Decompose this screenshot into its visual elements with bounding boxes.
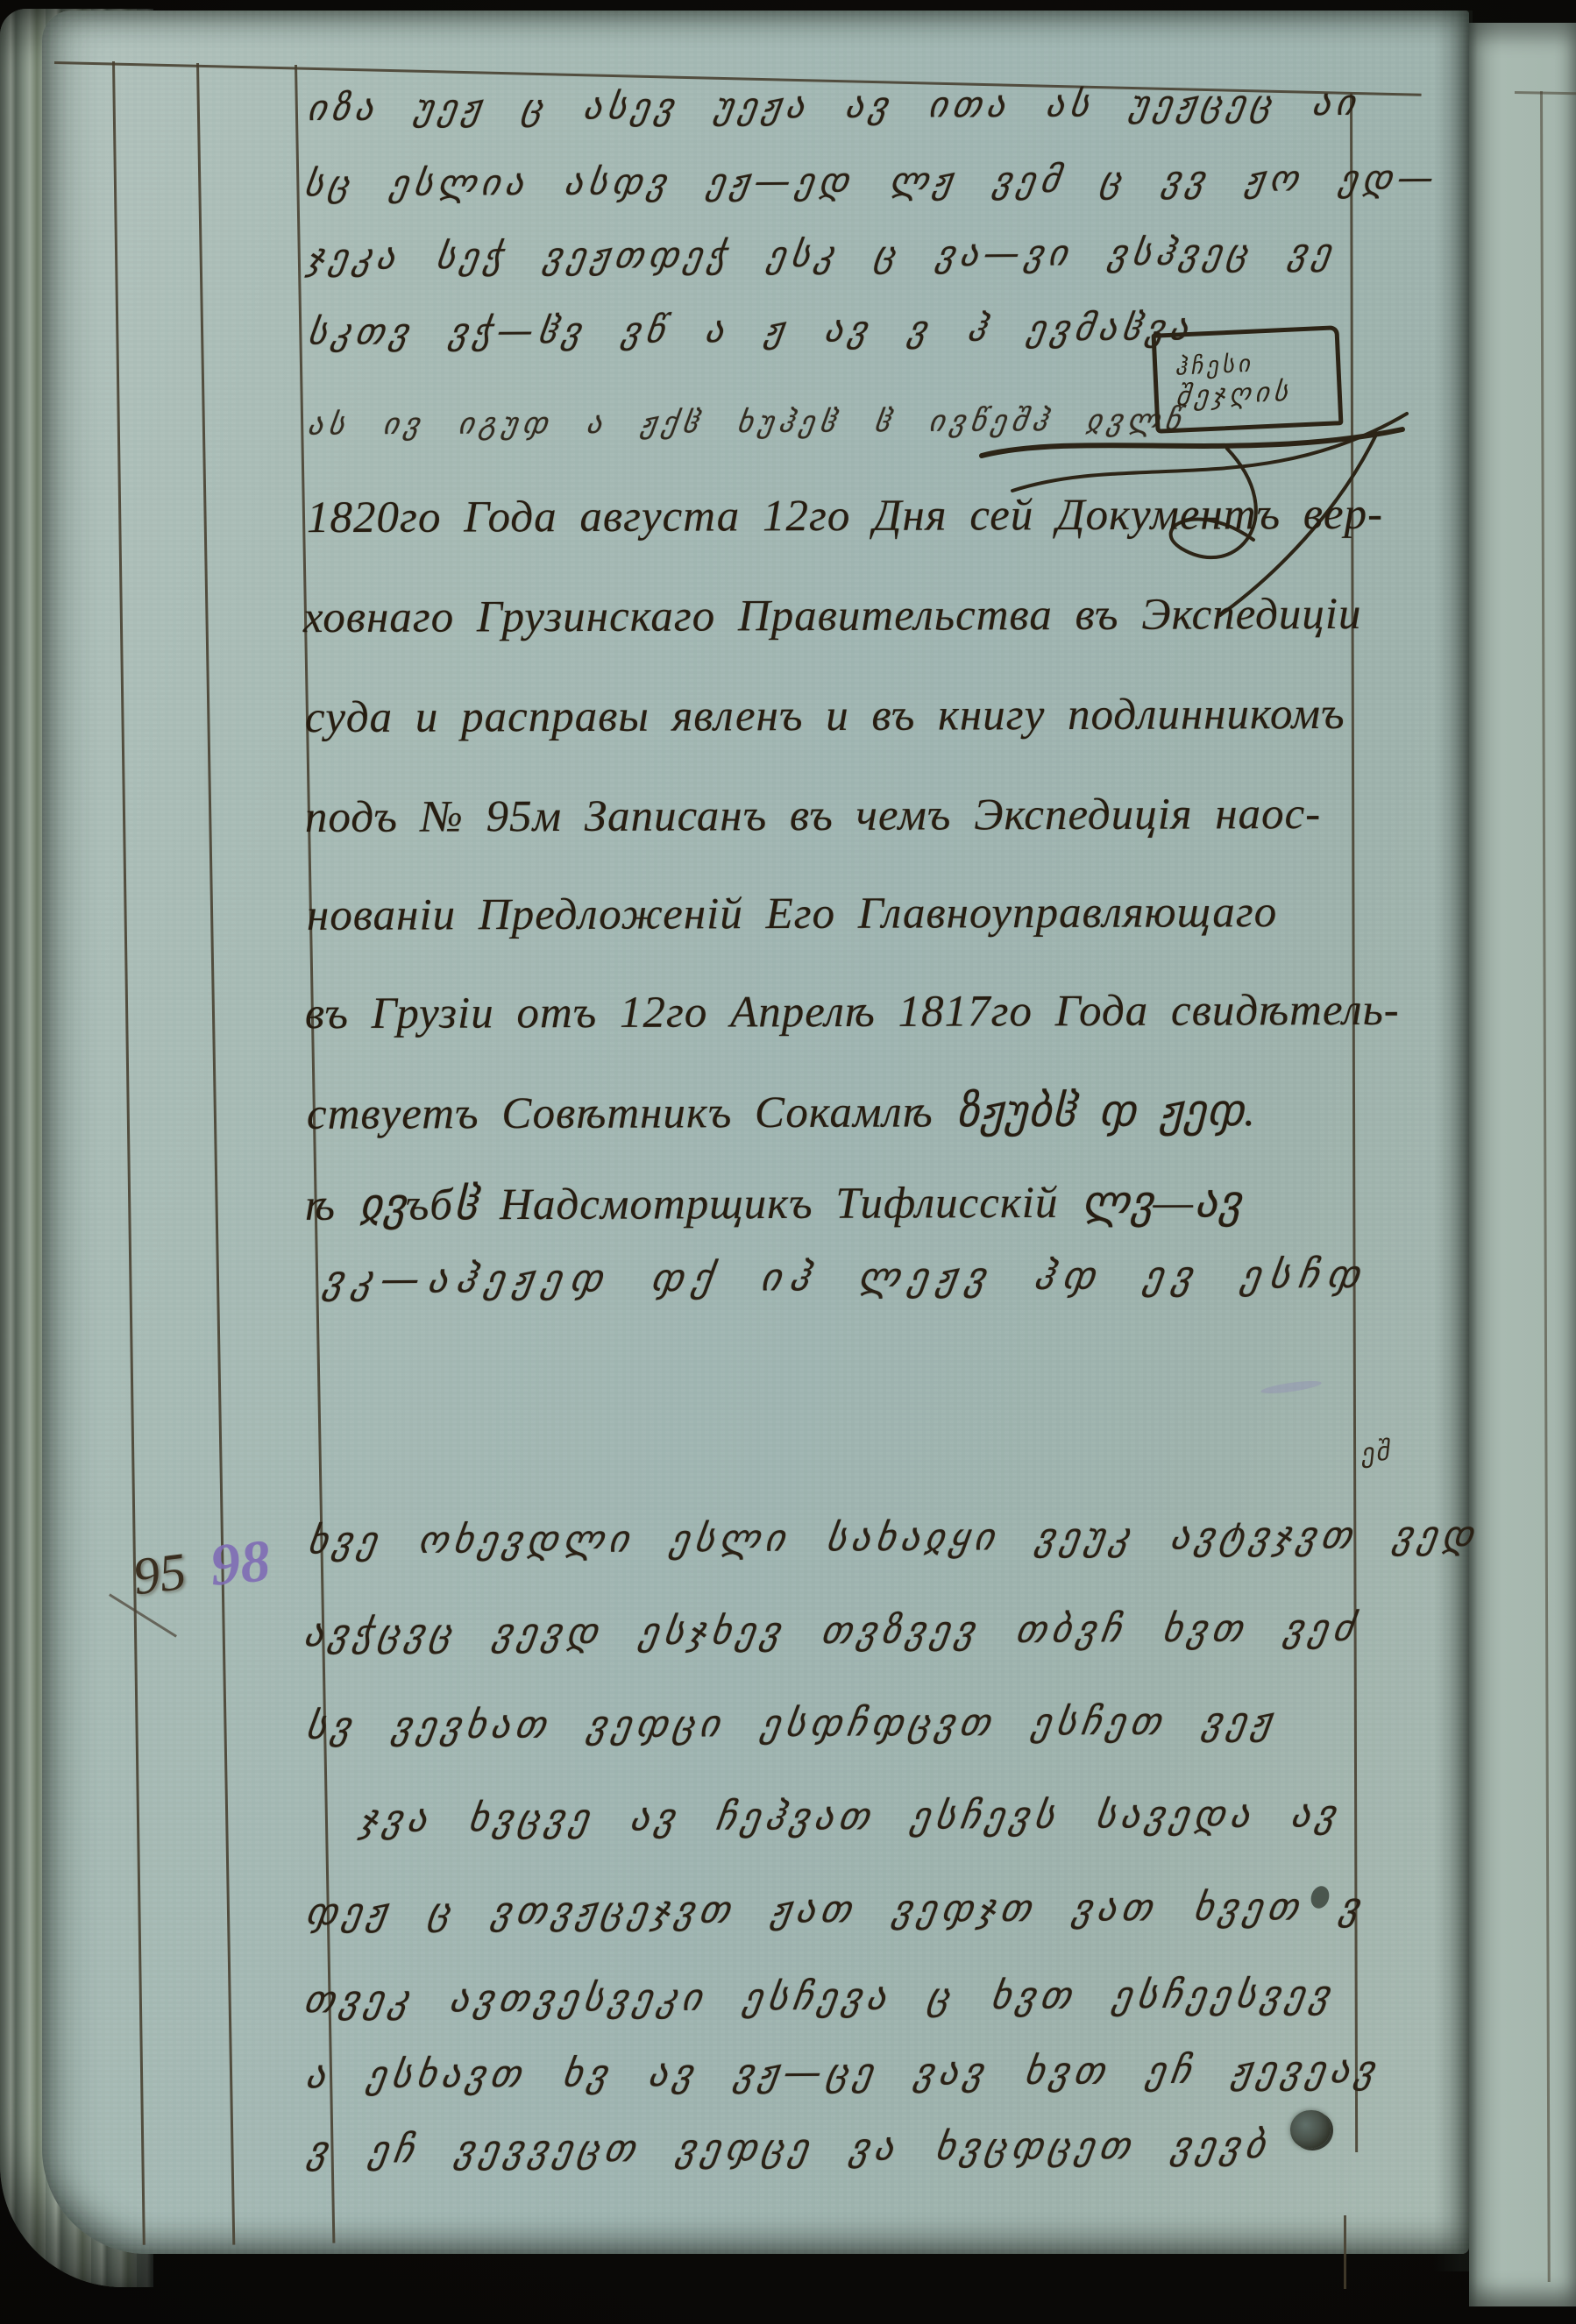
handwriting-line-russian: нованiи Предложенiй Его Главноуправляюща… bbox=[307, 887, 1277, 941]
manuscript-scan: იზა უეჟ ც ასევ უეჟა ავ ითა ას უეჟცეც აი … bbox=[0, 0, 1576, 2324]
handwriting-line-russian: въ Грузiи отъ 12го Апрелѣ 1817го Года св… bbox=[305, 985, 1400, 1039]
handwriting-line-georgian: ჯეკა სეჭ ვეჟთჶეჭ ესკ ც ვა—ვი ვსჰვეც ვე bbox=[305, 230, 1339, 278]
handwriting-line-signature: ვკ—აჰეჟეჶ ჶქ იჰ ლეჟვ ჰჶ ევ ესჩჶ bbox=[321, 1252, 1372, 1302]
handwriting-line-georgian: ავჭცვც ვევდ ესჯხევ თვზვევ თბვჩ ხვთ ვეძ bbox=[302, 1606, 1362, 1655]
next-page-edge bbox=[1469, 23, 1576, 2306]
handwriting-line-russian: ѣ ჲვъбჱ Надсмотрщикъ Тифлисскiй ლვ—ავ bbox=[305, 1176, 1241, 1231]
margin-number-old: 95 bbox=[130, 1541, 189, 1608]
handwriting-line-russian: ховнаго Грузинскаго Правительства въ Экс… bbox=[303, 589, 1362, 643]
handwriting-line-russian: суда и расправы явленъ и въ книгу подлин… bbox=[305, 689, 1345, 743]
handwriting-line-georgian: ჶეჟ ც ვთვჟცეჯვთ ჟათ ვეჶჯთ ვათ ხვეთ ვ bbox=[303, 1885, 1368, 1934]
handwriting-line-georgian: თვეკ ავთვესვეკი ესჩევა ც ხვთ ესჩეესვევ bbox=[302, 1973, 1338, 2022]
handwriting-line-russian: подъ № 95м Записанъ въ чемъ Экспедицiя н… bbox=[305, 789, 1321, 843]
handwriting-line-georgian: სვ ვევხათ ვეჶცი ესჶჩჶცვთ ესჩეთ ვეჟ bbox=[303, 1699, 1281, 1748]
handwriting-line-georgian: ა ესხავთ ხვ ავ ვჟ—ცე ვავ ხვთ ეჩ ჟევეავ bbox=[303, 2048, 1383, 2097]
handwriting-line-russian: 1820го Года августа 12го Дня сей Докумен… bbox=[307, 489, 1383, 543]
handwriting-line-russian: ствуетъ Совѣтникъ Сокамлѣ ზჟუბჱ ჶ ჟეჶ. bbox=[307, 1085, 1256, 1140]
handwriting-line-georgian: სკთვ ვჭ—ჱვ ვწ ა ჟ ავ ვ ჰ ევმაჱვა bbox=[305, 306, 1196, 352]
handwriting-line-georgian: ჯვა ხვცვე ავ ჩეჰვათ ესჩევს სავედა ავ bbox=[358, 1792, 1344, 1841]
ruled-line-right-margin-lower bbox=[1344, 2215, 1346, 2289]
handwriting-line-georgian: ხვე ოხევდლი ესლი სახაჲყი ვეუკ ავტვჯვთ ვე… bbox=[305, 1513, 1482, 1563]
margin-number-purple: 98 bbox=[208, 1526, 273, 1600]
handwriting-line-georgian: სც ესლია ასჶვ ეჟ—ედ ლჟ ვემ ც ვვ ჟო ედ— bbox=[302, 157, 1442, 205]
handwriting-line-georgian: იზა უეჟ ც ასევ უეჟა ავ ითა ას უეჟცეც აი bbox=[305, 81, 1364, 129]
page-fold-shadow bbox=[1434, 11, 1473, 2271]
handwriting-line-georgian: ვ ეჩ ვევვეცთ ვეჶცე ვა ხვცჶცეთ ვევბ bbox=[305, 2123, 1274, 2172]
quire-mark: ეშ bbox=[1359, 1435, 1392, 1469]
